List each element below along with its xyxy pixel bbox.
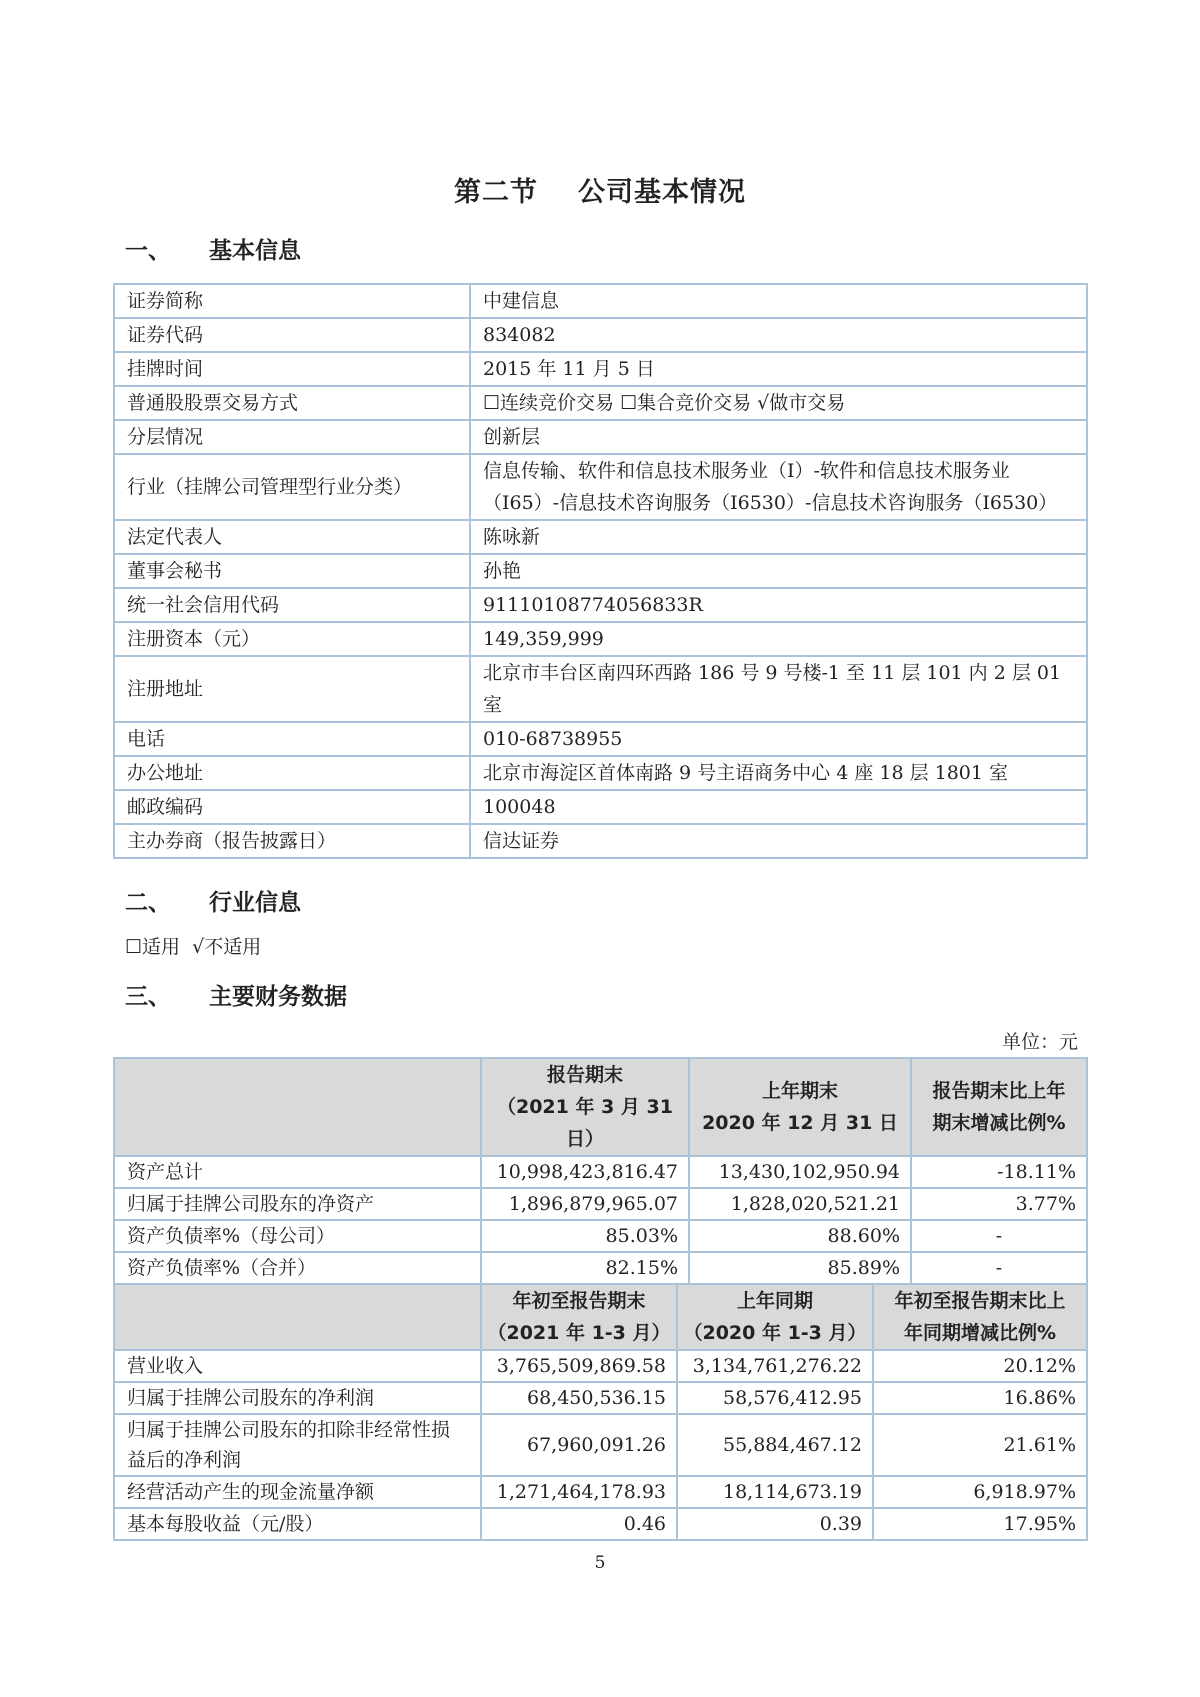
header-cell: 年初至报告期末（2021 年 1-3 月） bbox=[481, 1284, 677, 1350]
current-value: 10,998,423,816.47 bbox=[481, 1156, 689, 1188]
field-label: 办公地址 bbox=[114, 756, 470, 790]
current-value: 3,765,509,869.58 bbox=[481, 1350, 677, 1382]
row-label: 资产负债率%（母公司） bbox=[114, 1220, 481, 1252]
table-row: 资产负债率%（合并）82.15%85.89%- bbox=[114, 1252, 1087, 1284]
current-value: 85.03% bbox=[481, 1220, 689, 1252]
prior-value: 1,828,020,521.21 bbox=[689, 1188, 911, 1220]
income-table: 年初至报告期末（2021 年 1-3 月）上年同期（2020 年 1-3 月）年… bbox=[113, 1283, 1088, 1541]
field-value: 100048 bbox=[470, 790, 1087, 824]
table-row: 普通股股票交易方式☐连续竞价交易 ☐集合竞价交易 √做市交易 bbox=[114, 386, 1087, 420]
table-row: 注册地址北京市丰台区南四环西路 186 号 9 号楼-1 至 11 层 101 … bbox=[114, 656, 1087, 722]
table-row: 电话010-68738955 bbox=[114, 722, 1087, 756]
field-value: 孙艳 bbox=[470, 554, 1087, 588]
field-label: 分层情况 bbox=[114, 420, 470, 454]
change-percent: 21.61% bbox=[873, 1414, 1087, 1476]
prior-value: 88.60% bbox=[689, 1220, 911, 1252]
table-row: 证券简称中建信息 bbox=[114, 284, 1087, 318]
section-heading-industry-info: 二、行业信息 bbox=[125, 884, 301, 917]
field-value: 010-68738955 bbox=[470, 722, 1087, 756]
field-value: 2015 年 11 月 5 日 bbox=[470, 352, 1087, 386]
field-label: 证券代码 bbox=[114, 318, 470, 352]
field-label: 统一社会信用代码 bbox=[114, 588, 470, 622]
table-row: 基本每股收益（元/股）0.460.3917.95% bbox=[114, 1508, 1087, 1540]
change-percent: - bbox=[911, 1252, 1087, 1284]
field-label: 主办券商（报告披露日） bbox=[114, 824, 470, 858]
field-label: 证券简称 bbox=[114, 284, 470, 318]
page-title: 第二节公司基本情况 bbox=[0, 170, 1200, 209]
field-label: 法定代表人 bbox=[114, 520, 470, 554]
industry-applicability: ☐适用 √不适用 bbox=[125, 932, 261, 959]
section-heading-basic-info: 一、基本信息 bbox=[125, 232, 301, 265]
table-header-row: 报告期末（2021 年 3 月 31 日）上年期末2020 年 12 月 31 … bbox=[114, 1058, 1087, 1156]
prior-value: 58,576,412.95 bbox=[677, 1382, 873, 1414]
field-label: 挂牌时间 bbox=[114, 352, 470, 386]
field-label: 注册资本（元） bbox=[114, 622, 470, 656]
field-value: 创新层 bbox=[470, 420, 1087, 454]
field-value: 中建信息 bbox=[470, 284, 1087, 318]
field-value: 陈咏新 bbox=[470, 520, 1087, 554]
row-label: 基本每股收益（元/股） bbox=[114, 1508, 481, 1540]
table-row: 法定代表人陈咏新 bbox=[114, 520, 1087, 554]
table-row: 挂牌时间2015 年 11 月 5 日 bbox=[114, 352, 1087, 386]
header-cell-empty bbox=[114, 1058, 481, 1156]
change-percent: 20.12% bbox=[873, 1350, 1087, 1382]
basic-info-table: 证券简称中建信息证券代码834082挂牌时间2015 年 11 月 5 日普通股… bbox=[113, 283, 1088, 859]
section-number: 第二节 bbox=[454, 177, 538, 208]
change-percent: 6,918.97% bbox=[873, 1476, 1087, 1508]
current-value: 68,450,536.15 bbox=[481, 1382, 677, 1414]
header-cell: 上年同期（2020 年 1-3 月） bbox=[677, 1284, 873, 1350]
unit-label: 单位：元 bbox=[1002, 1027, 1078, 1054]
field-value: 149,359,999 bbox=[470, 622, 1087, 656]
field-label: 邮政编码 bbox=[114, 790, 470, 824]
table-row: 营业收入3,765,509,869.583,134,761,276.2220.1… bbox=[114, 1350, 1087, 1382]
field-value: 信息传输、软件和信息技术服务业（I）-软件和信息技术服务业（I65）-信息技术咨… bbox=[470, 454, 1087, 520]
change-percent: 17.95% bbox=[873, 1508, 1087, 1540]
field-value: 北京市丰台区南四环西路 186 号 9 号楼-1 至 11 层 101 内 2 … bbox=[470, 656, 1087, 722]
table-row: 资产负债率%（母公司）85.03%88.60%- bbox=[114, 1220, 1087, 1252]
current-value: 67,960,091.26 bbox=[481, 1414, 677, 1476]
row-label: 归属于挂牌公司股东的净资产 bbox=[114, 1188, 481, 1220]
field-value: 834082 bbox=[470, 318, 1087, 352]
current-value: 1,271,464,178.93 bbox=[481, 1476, 677, 1508]
header-cell: 报告期末（2021 年 3 月 31 日） bbox=[481, 1058, 689, 1156]
row-label: 归属于挂牌公司股东的扣除非经常性损益后的净利润 bbox=[114, 1414, 481, 1476]
row-label: 归属于挂牌公司股东的净利润 bbox=[114, 1382, 481, 1414]
table-row: 统一社会信用代码91110108774056833R bbox=[114, 588, 1087, 622]
not-applicable-option: √不适用 bbox=[192, 936, 261, 958]
header-cell: 年初至报告期末比上年同期增减比例% bbox=[873, 1284, 1087, 1350]
prior-value: 55,884,467.12 bbox=[677, 1414, 873, 1476]
prior-value: 3,134,761,276.22 bbox=[677, 1350, 873, 1382]
table-row: 分层情况创新层 bbox=[114, 420, 1087, 454]
table-row: 证券代码834082 bbox=[114, 318, 1087, 352]
field-label: 电话 bbox=[114, 722, 470, 756]
table-row: 资产总计10,998,423,816.4713,430,102,950.94-1… bbox=[114, 1156, 1087, 1188]
field-value: 91110108774056833R bbox=[470, 588, 1087, 622]
current-value: 1,896,879,965.07 bbox=[481, 1188, 689, 1220]
table-row: 注册资本（元）149,359,999 bbox=[114, 622, 1087, 656]
change-percent: 16.86% bbox=[873, 1382, 1087, 1414]
field-label: 普通股股票交易方式 bbox=[114, 386, 470, 420]
table-row: 归属于挂牌公司股东的净资产1,896,879,965.071,828,020,5… bbox=[114, 1188, 1087, 1220]
table-header-row: 年初至报告期末（2021 年 1-3 月）上年同期（2020 年 1-3 月）年… bbox=[114, 1284, 1087, 1350]
table-row: 归属于挂牌公司股东的扣除非经常性损益后的净利润67,960,091.2655,8… bbox=[114, 1414, 1087, 1476]
page-number: 5 bbox=[0, 1553, 1200, 1573]
change-percent: 3.77% bbox=[911, 1188, 1087, 1220]
change-percent: - bbox=[911, 1220, 1087, 1252]
applicable-option: ☐适用 bbox=[125, 936, 180, 958]
table-row: 归属于挂牌公司股东的净利润68,450,536.1558,576,412.951… bbox=[114, 1382, 1087, 1414]
prior-value: 0.39 bbox=[677, 1508, 873, 1540]
section-heading-financial-data: 三、主要财务数据 bbox=[125, 978, 347, 1011]
table-row: 办公地址北京市海淀区首体南路 9 号主语商务中心 4 座 18 层 1801 室 bbox=[114, 756, 1087, 790]
header-cell: 报告期末比上年期末增减比例% bbox=[911, 1058, 1087, 1156]
section-title: 公司基本情况 bbox=[578, 177, 746, 208]
header-cell-empty bbox=[114, 1284, 481, 1350]
prior-value: 18,114,673.19 bbox=[677, 1476, 873, 1508]
field-label: 董事会秘书 bbox=[114, 554, 470, 588]
prior-value: 85.89% bbox=[689, 1252, 911, 1284]
current-value: 0.46 bbox=[481, 1508, 677, 1540]
field-value: 信达证券 bbox=[470, 824, 1087, 858]
balance-sheet-table: 报告期末（2021 年 3 月 31 日）上年期末2020 年 12 月 31 … bbox=[113, 1057, 1088, 1285]
field-label: 注册地址 bbox=[114, 656, 470, 722]
prior-value: 13,430,102,950.94 bbox=[689, 1156, 911, 1188]
row-label: 资产负债率%（合并） bbox=[114, 1252, 481, 1284]
row-label: 经营活动产生的现金流量净额 bbox=[114, 1476, 481, 1508]
table-row: 邮政编码100048 bbox=[114, 790, 1087, 824]
table-row: 经营活动产生的现金流量净额1,271,464,178.9318,114,673.… bbox=[114, 1476, 1087, 1508]
change-percent: -18.11% bbox=[911, 1156, 1087, 1188]
field-value: ☐连续竞价交易 ☐集合竞价交易 √做市交易 bbox=[470, 386, 1087, 420]
field-label: 行业（挂牌公司管理型行业分类） bbox=[114, 454, 470, 520]
field-value: 北京市海淀区首体南路 9 号主语商务中心 4 座 18 层 1801 室 bbox=[470, 756, 1087, 790]
row-label: 资产总计 bbox=[114, 1156, 481, 1188]
table-row: 行业（挂牌公司管理型行业分类）信息传输、软件和信息技术服务业（I）-软件和信息技… bbox=[114, 454, 1087, 520]
table-row: 主办券商（报告披露日）信达证券 bbox=[114, 824, 1087, 858]
table-row: 董事会秘书孙艳 bbox=[114, 554, 1087, 588]
header-cell: 上年期末2020 年 12 月 31 日 bbox=[689, 1058, 911, 1156]
current-value: 82.15% bbox=[481, 1252, 689, 1284]
row-label: 营业收入 bbox=[114, 1350, 481, 1382]
